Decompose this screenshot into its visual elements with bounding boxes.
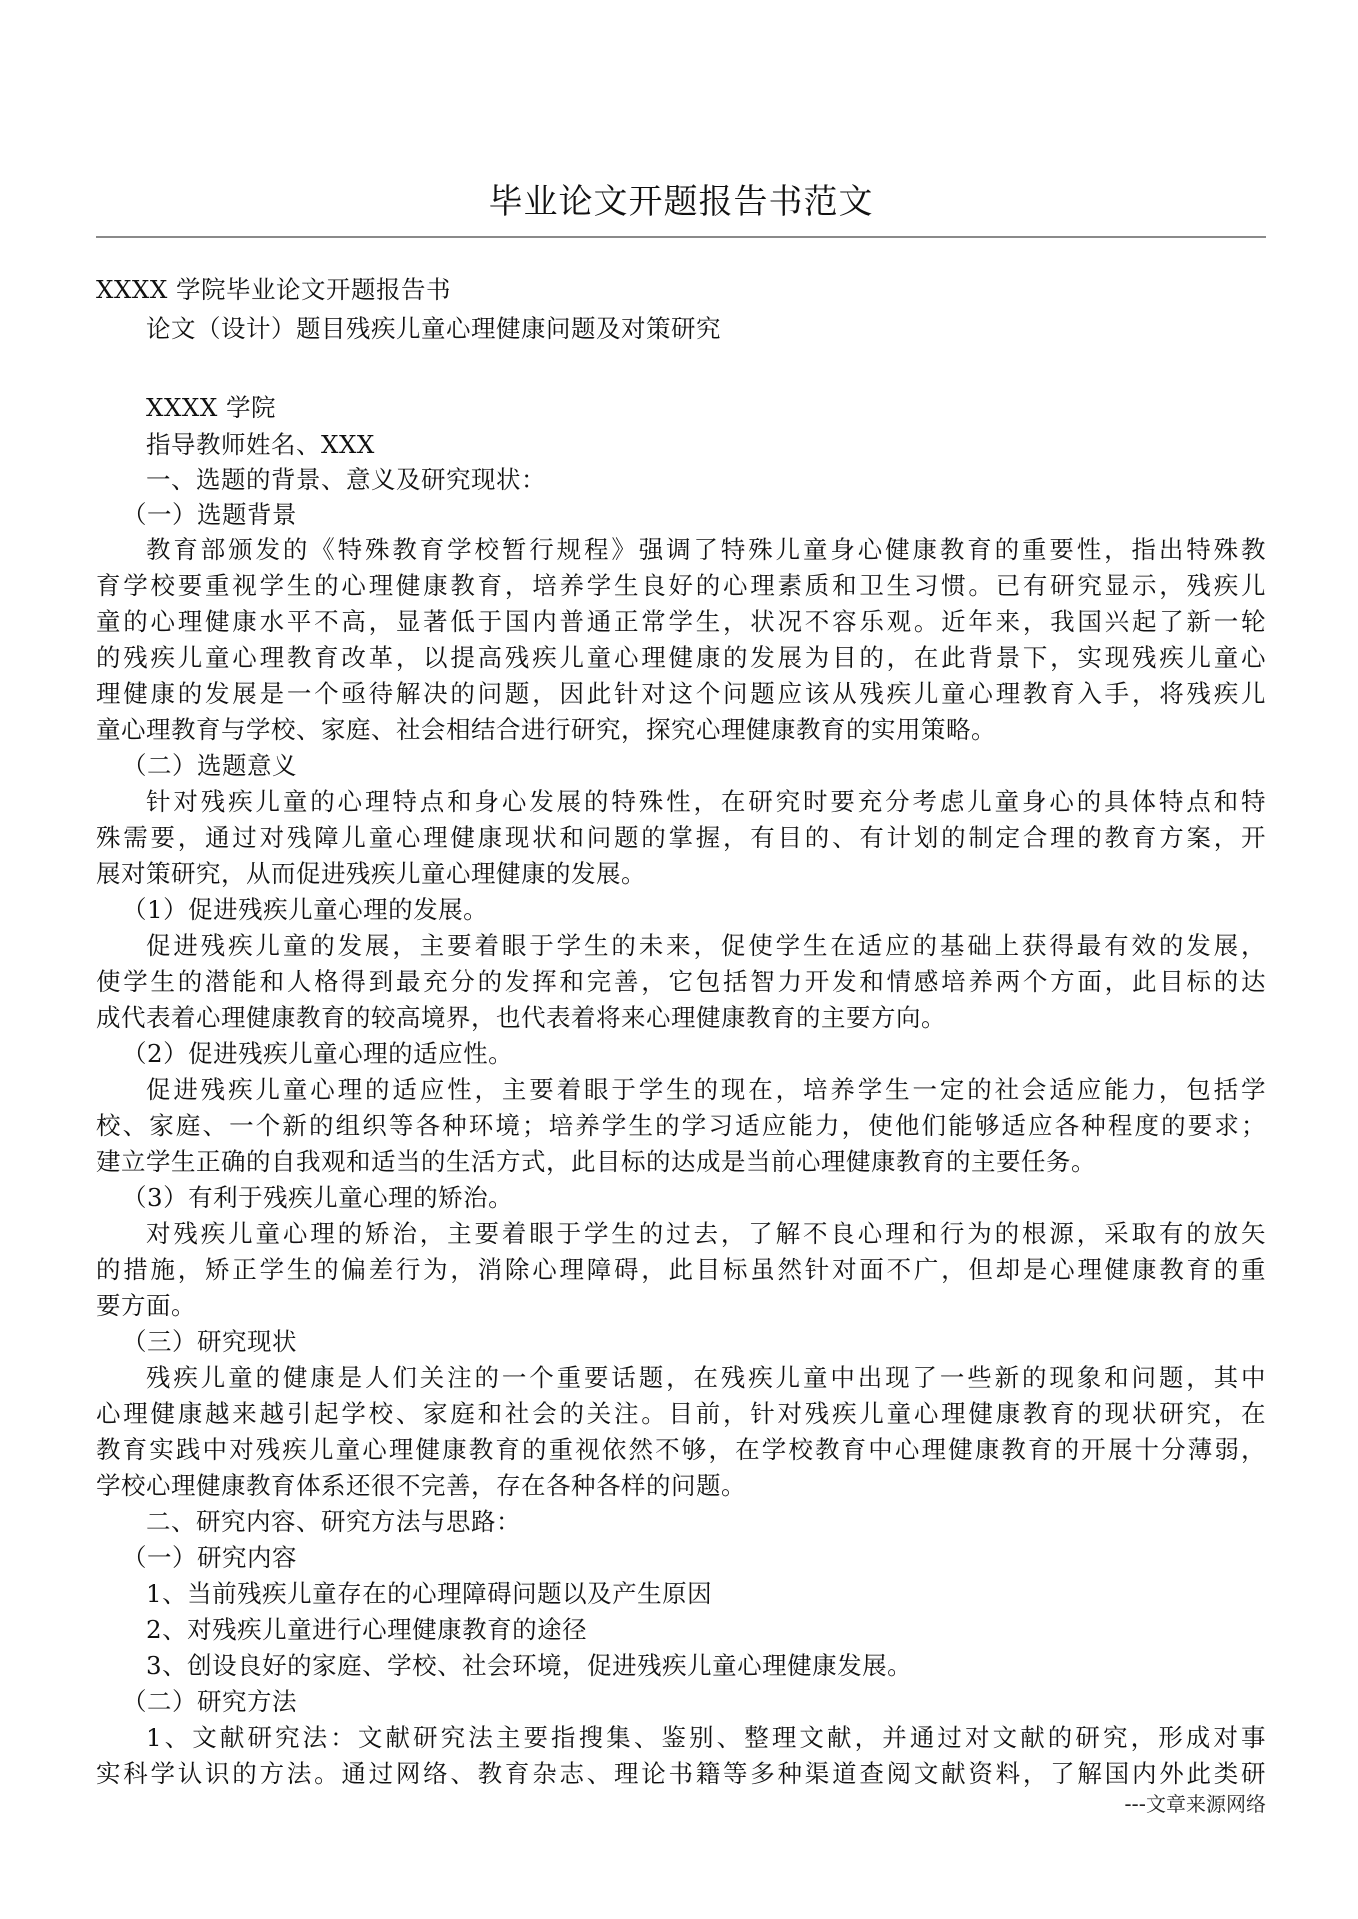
source-note: ---文章来源网络 (1124, 1790, 1266, 1818)
paragraph-line: 促进残疾儿童的发展，主要着眼于学生的未来，促使学生在适应的基础上获得最有效的发展… (146, 928, 1266, 964)
paragraph-line: 残疾儿童的健康是人们关注的一个重要话题，在残疾儿童中出现了一些新的现象和问题，其… (146, 1360, 1266, 1396)
paragraph-line: 童心理教育与学校、家庭、社会相结合进行研究，探究心理健康教育的实用策略。 (96, 712, 1266, 748)
paragraph-line: 展对策研究，从而促进残疾儿童心理健康的发展。 (96, 856, 1266, 892)
paragraph-line: 心理健康越来越引起学校、家庭和社会的关注。目前，针对残疾儿童心理健康教育的现状研… (96, 1396, 1266, 1432)
paragraph-line: 使学生的潜能和人格得到最充分的发挥和完善，它包括智力开发和情感培养两个方面，此目… (96, 964, 1266, 1000)
paragraph-line: 校、家庭、一个新的组织等各种环境；培养学生的学习适应能力，使他们能够适应各种程度… (96, 1108, 1266, 1144)
college-name: XXXX 学院 (146, 390, 1266, 426)
content-item: 2、对残疾儿童进行心理健康教育的途径 (146, 1612, 1266, 1648)
paragraph-line: 童的心理健康水平不高，显著低于国内普通正常学生，状况不容乐观。近年来，我国兴起了… (96, 604, 1266, 640)
paragraph-line: 学校心理健康教育体系还很不完善，存在各种各样的问题。 (96, 1468, 1266, 1504)
paragraph-line: 对残疾儿童心理的矫治，主要着眼于学生的过去，了解不良心理和行为的根源，采取有的放… (146, 1216, 1266, 1252)
content-item: 3、创设良好的家庭、学校、社会环境，促进残疾儿童心理健康发展。 (146, 1648, 1266, 1684)
point-2-heading: （2）促进残疾儿童心理的适应性。 (122, 1036, 1266, 1072)
paragraph-line: 要方面。 (96, 1288, 1266, 1324)
methods-heading: （二）研究方法 (122, 1684, 1266, 1720)
paragraph-line: 实科学认识的方法。通过网络、教育杂志、理论书籍等多种渠道查阅文献资料，了解国内外… (96, 1756, 1266, 1792)
page-title: 毕业论文开题报告书范文 (96, 180, 1266, 224)
paragraph-line: 殊需要，通过对残障儿童心理健康现状和问题的掌握，有目的、有计划的制定合理的教育方… (96, 820, 1266, 856)
advisor-name: 指导教师姓名、XXX (146, 427, 1266, 463)
content-item: 1、当前残疾儿童存在的心理障碍问题以及产生原因 (146, 1576, 1266, 1612)
title-divider (96, 236, 1266, 238)
paragraph-line: 育学校要重视学生的心理健康教育，培养学生良好的心理素质和卫生习惯。已有研究显示，… (96, 568, 1266, 604)
background-heading: （一）选题背景 (122, 497, 1266, 533)
paragraph-line: 1、文献研究法：文献研究法主要指搜集、鉴别、整理文献，并通过对文献的研究，形成对… (146, 1720, 1266, 1756)
significance-heading: （二）选题意义 (122, 748, 1266, 784)
section-2-heading: 二、研究内容、研究方法与思路： (146, 1504, 1266, 1540)
section-1-heading: 一、选题的背景、意义及研究现状： (146, 462, 1266, 498)
paragraph-line: 的措施，矫正学生的偏差行为，消除心理障碍，此目标虽然针对面不广，但却是心理健康教… (96, 1252, 1266, 1288)
paragraph-line: 教育部颁发的《特殊教育学校暂行规程》强调了特殊儿童身心健康教育的重要性，指出特殊… (146, 532, 1266, 568)
paragraph-line: 建立学生正确的自我观和适当的生活方式，此目标的达成是当前心理健康教育的主要任务。 (96, 1144, 1266, 1180)
school-report-heading: XXXX 学院毕业论文开题报告书 (96, 272, 1266, 308)
paragraph-line: 理健康的发展是一个亟待解决的问题，因此针对这个问题应该从残疾儿童心理教育入手，将… (96, 676, 1266, 712)
point-1-heading: （1）促进残疾儿童心理的发展。 (122, 892, 1266, 928)
content-heading: （一）研究内容 (122, 1540, 1266, 1576)
paragraph-line: 针对残疾儿童的心理特点和身心发展的特殊性，在研究时要充分考虑儿童身心的具体特点和… (146, 784, 1266, 820)
paragraph-line: 教育实践中对残疾儿童心理健康教育的重视依然不够，在学校教育中心理健康教育的开展十… (96, 1432, 1266, 1468)
paragraph-line: 的残疾儿童心理教育改革，以提高残疾儿童心理健康的发展为目的，在此背景下，实现残疾… (96, 640, 1266, 676)
paragraph-line: 促进残疾儿童心理的适应性，主要着眼于学生的现在，培养学生一定的社会适应能力，包括… (146, 1072, 1266, 1108)
point-3-heading: （3）有利于残疾儿童心理的矫治。 (122, 1180, 1266, 1216)
thesis-title: 论文（设计）题目残疾儿童心理健康问题及对策研究 (146, 311, 1266, 347)
document-page: 毕业论文开题报告书范文 XXXX 学院毕业论文开题报告书 论文（设计）题目残疾儿… (0, 0, 1358, 1919)
paragraph-line: 成代表着心理健康教育的较高境界，也代表着将来心理健康教育的主要方向。 (96, 1000, 1266, 1036)
status-heading: （三）研究现状 (122, 1324, 1266, 1360)
